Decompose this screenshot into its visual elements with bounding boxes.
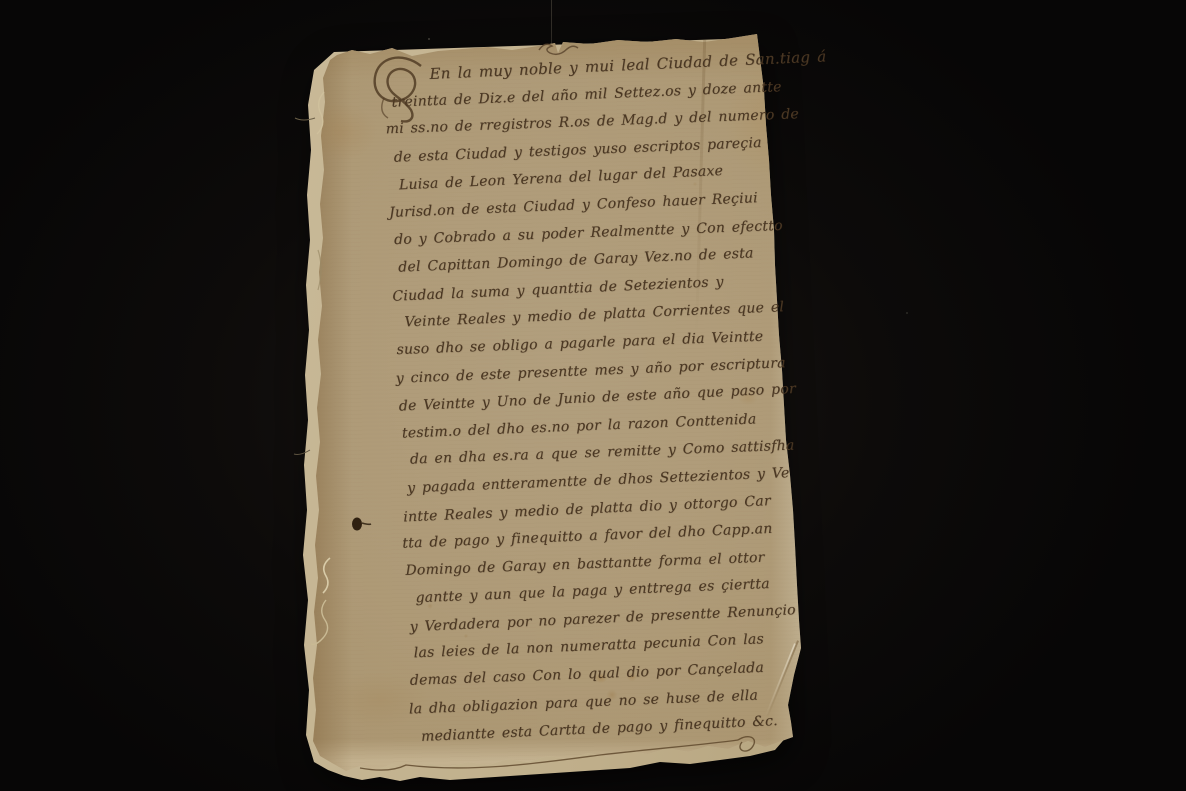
manuscript-text-block: En la muy noble y mui leal Ciudad de San… bbox=[385, 46, 804, 751]
photo-black-background: En la muy noble y mui leal Ciudad de San… bbox=[0, 0, 1186, 791]
